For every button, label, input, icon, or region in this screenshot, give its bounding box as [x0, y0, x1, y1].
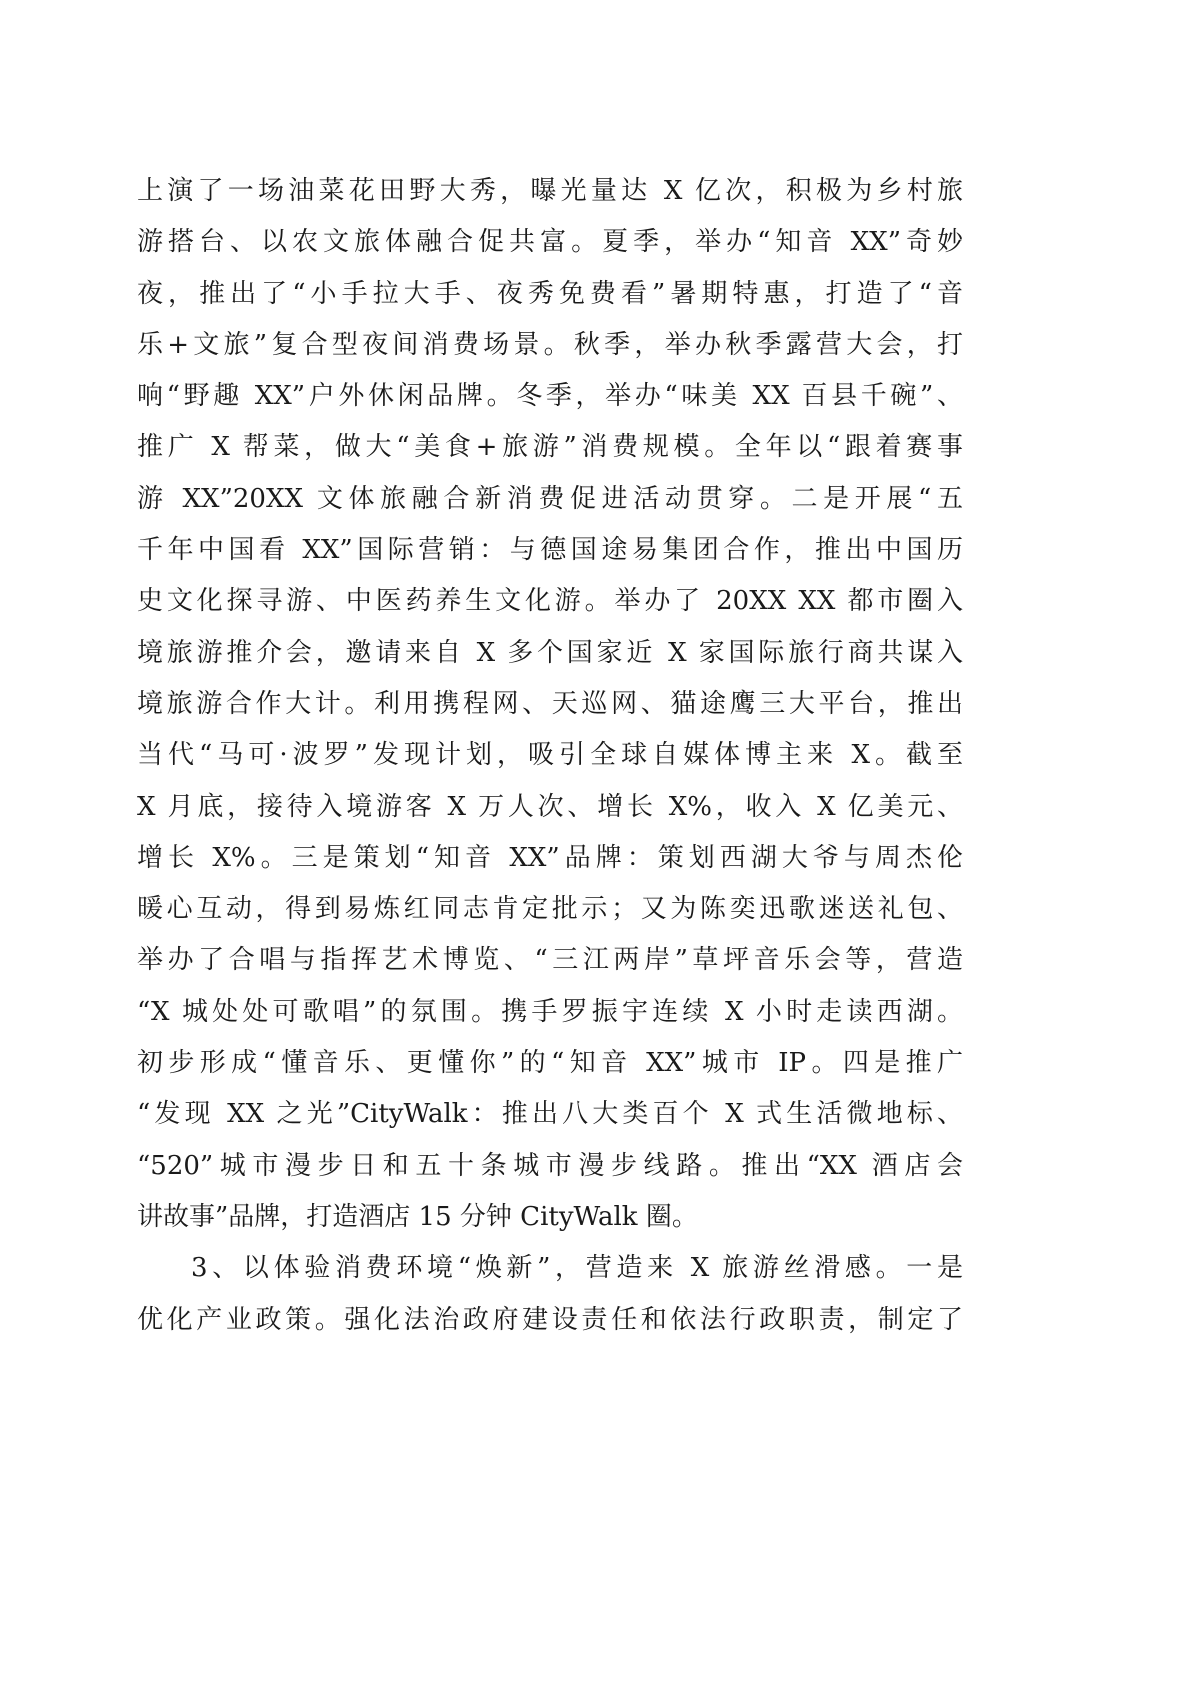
text-line: 上演了一场油菜花田野大秀，曝光量达 X 亿次，积极为乡村旅: [137, 166, 963, 217]
text-line: 讲故事”品牌，打造酒店 15 分钟 CityWalk 圈。: [137, 1192, 963, 1243]
text-line: “520”城市漫步日和五十条城市漫步线路。推出“XX 酒店会: [137, 1141, 963, 1192]
text-line: 境旅游合作大计。利用携程网、天巡网、猫途鹰三大平台，推出: [137, 679, 963, 730]
text-line: 响“野趣 XX”户外休闲品牌。冬季，举办“味美 XX 百县千碗”、: [137, 371, 963, 422]
text-line: X 月底，接待入境游客 X 万人次、增长 X%，收入 X 亿美元、: [137, 782, 963, 833]
text-line: 乐+文旅”复合型夜间消费场景。秋季，举办秋季露营大会，打: [137, 320, 963, 371]
text-line: “X 城处处可歌唱”的氛围。携手罗振宇连续 X 小时走读西湖。: [137, 987, 963, 1038]
text-line: 境旅游推介会，邀请来自 X 多个国家近 X 家国际旅行商共谋入: [137, 628, 963, 679]
text-line: 当代“马可·波罗”发现计划，吸引全球自媒体博主来 X。截至: [137, 730, 963, 781]
text-line: 游 XX”20XX 文体旅融合新消费促进活动贯穿。二是开展“五: [137, 474, 963, 525]
text-line: 游搭台、以农文旅体融合促共富。夏季，举办“知音 XX”奇妙: [137, 217, 963, 268]
document-page: 上演了一场油菜花田野大秀，曝光量达 X 亿次，积极为乡村旅 游搭台、以农文旅体融…: [0, 0, 1190, 1683]
text-line: 史文化探寻游、中医药养生文化游。举办了 20XX XX 都市圈入: [137, 576, 963, 627]
text-line: 夜，推出了“小手拉大手、夜秀免费看”暑期特惠，打造了“音: [137, 269, 963, 320]
body-text: 上演了一场油菜花田野大秀，曝光量达 X 亿次，积极为乡村旅 游搭台、以农文旅体融…: [137, 166, 963, 1346]
text-line: 初步形成“懂音乐、更懂你”的“知音 XX”城市 IP。四是推广: [137, 1038, 963, 1089]
text-line: 优化产业政策。强化法治政府建设责任和依法行政职责，制定了: [137, 1295, 963, 1346]
text-line: 千年中国看 XX”国际营销：与德国途易集团合作，推出中国历: [137, 525, 963, 576]
text-line: 推广 X 帮菜，做大“美食+旅游”消费规模。全年以“跟着赛事: [137, 422, 963, 473]
text-line: “发现 XX 之光”CityWalk：推出八大类百个 X 式生活微地标、: [137, 1089, 963, 1140]
text-line: 暖心互动，得到易炼红同志肯定批示；又为陈奕迅歌迷送礼包、: [137, 884, 963, 935]
section-heading-line: 3、以体验消费环境“焕新”，营造来 X 旅游丝滑感。一是: [137, 1243, 963, 1294]
text-line: 举办了合唱与指挥艺术博览、“三江两岸”草坪音乐会等，营造: [137, 935, 963, 986]
text-line: 增长 X%。三是策划“知音 XX”品牌：策划西湖大爷与周杰伦: [137, 833, 963, 884]
